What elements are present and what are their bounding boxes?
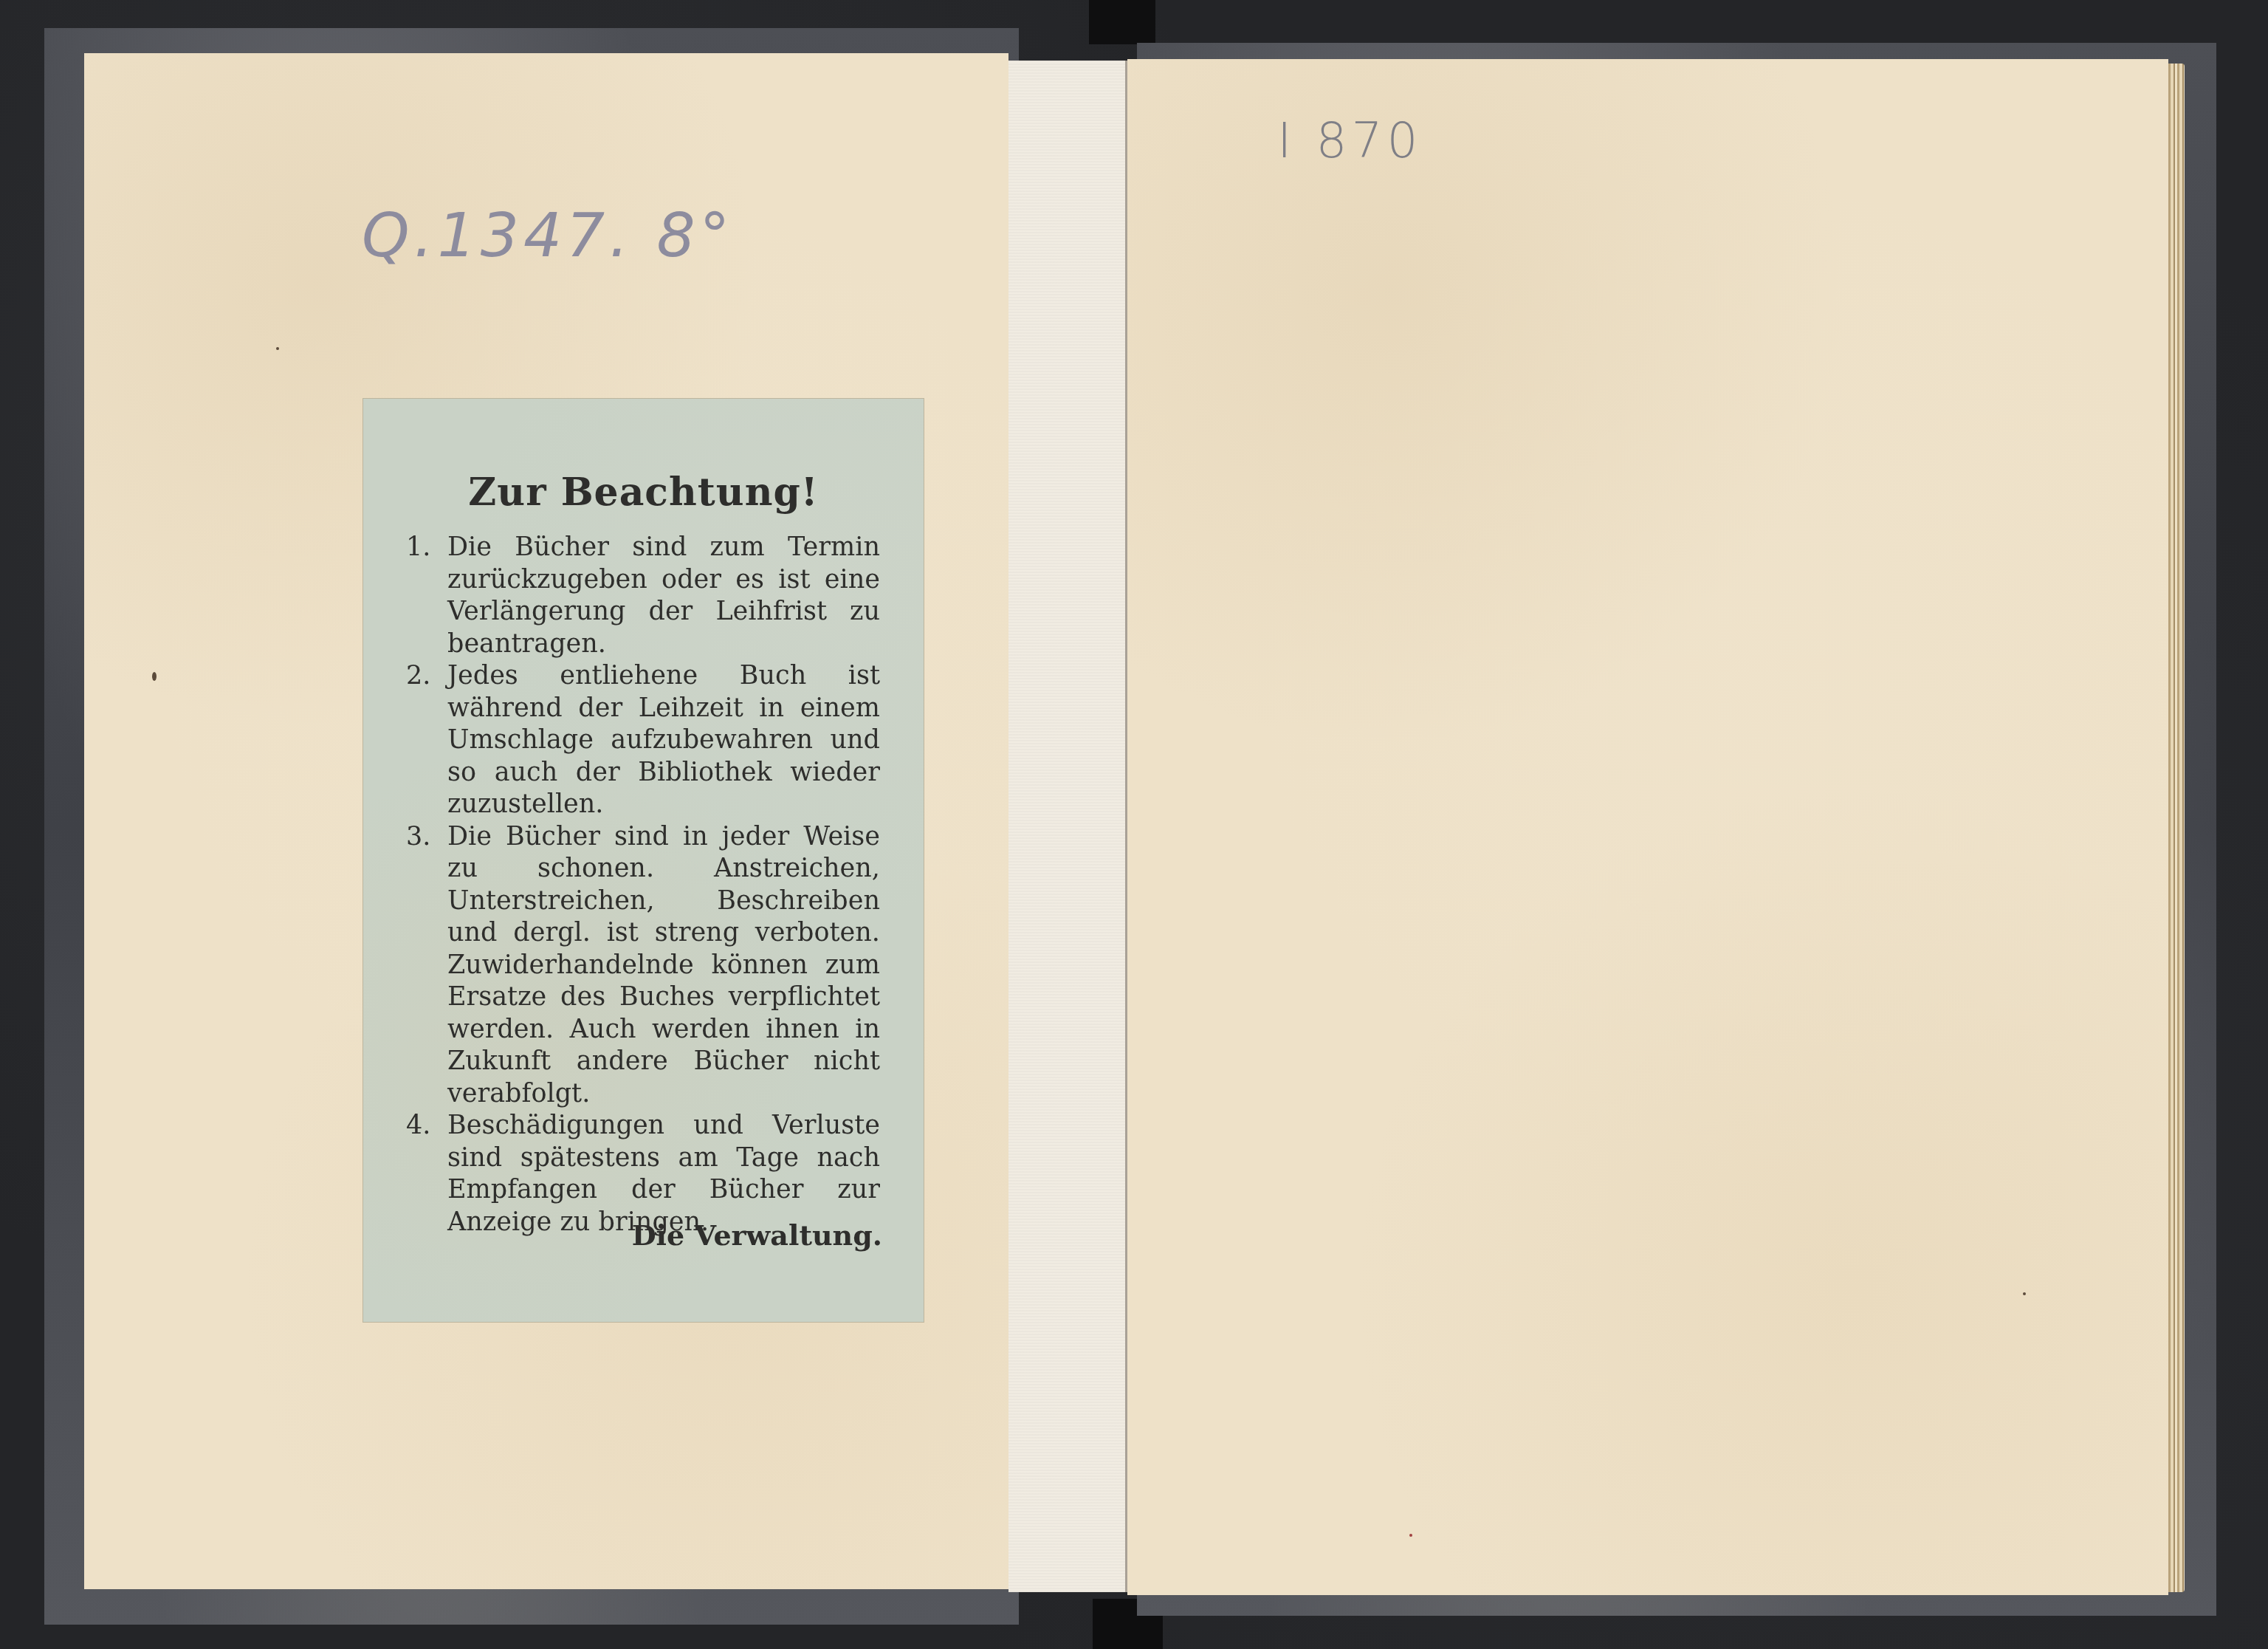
notice-signature: Die Verwaltung. xyxy=(632,1218,882,1252)
notice-rule: 1. Die Bücher sind zum Termin zurückzuge… xyxy=(406,532,880,660)
paper-speck xyxy=(276,347,279,350)
shelfmark-right: I 870 xyxy=(1277,112,1422,169)
paper-speck xyxy=(1409,1534,1412,1537)
rule-text: Die Bücher sind zum Termin zurückzugeben… xyxy=(447,532,880,660)
shelfmark-left: Q.1347. 8° xyxy=(362,201,735,271)
rule-text: Die Bücher sind in jeder Weise zu schone… xyxy=(447,821,880,1111)
rule-number: 2. xyxy=(406,660,447,821)
notice-rules-list: 1. Die Bücher sind zum Termin zurückzuge… xyxy=(406,532,880,1238)
paper-speck xyxy=(2023,1292,2026,1295)
rule-number: 3. xyxy=(406,821,447,1111)
notice-rule: 3. Die Bücher sind in jeder Weise zu sch… xyxy=(406,821,880,1111)
rule-number: 1. xyxy=(406,532,447,660)
notice-title: Zur Beachtung! xyxy=(363,470,924,515)
library-notice-card: Zur Beachtung! 1. Die Bücher sind zum Te… xyxy=(363,399,924,1322)
paper-speck xyxy=(152,672,157,681)
spine-gap-top xyxy=(1089,0,1155,44)
notice-rule: 2. Jedes entliehene Buch ist während der… xyxy=(406,660,880,821)
text-block-edge xyxy=(2168,64,2185,1592)
rule-text: Jedes entliehene Buch ist während der Le… xyxy=(447,660,880,821)
spine-hinge-cloth xyxy=(1008,61,1127,1592)
rule-number: 4. xyxy=(406,1110,447,1238)
right-flyleaf xyxy=(1127,59,2168,1595)
